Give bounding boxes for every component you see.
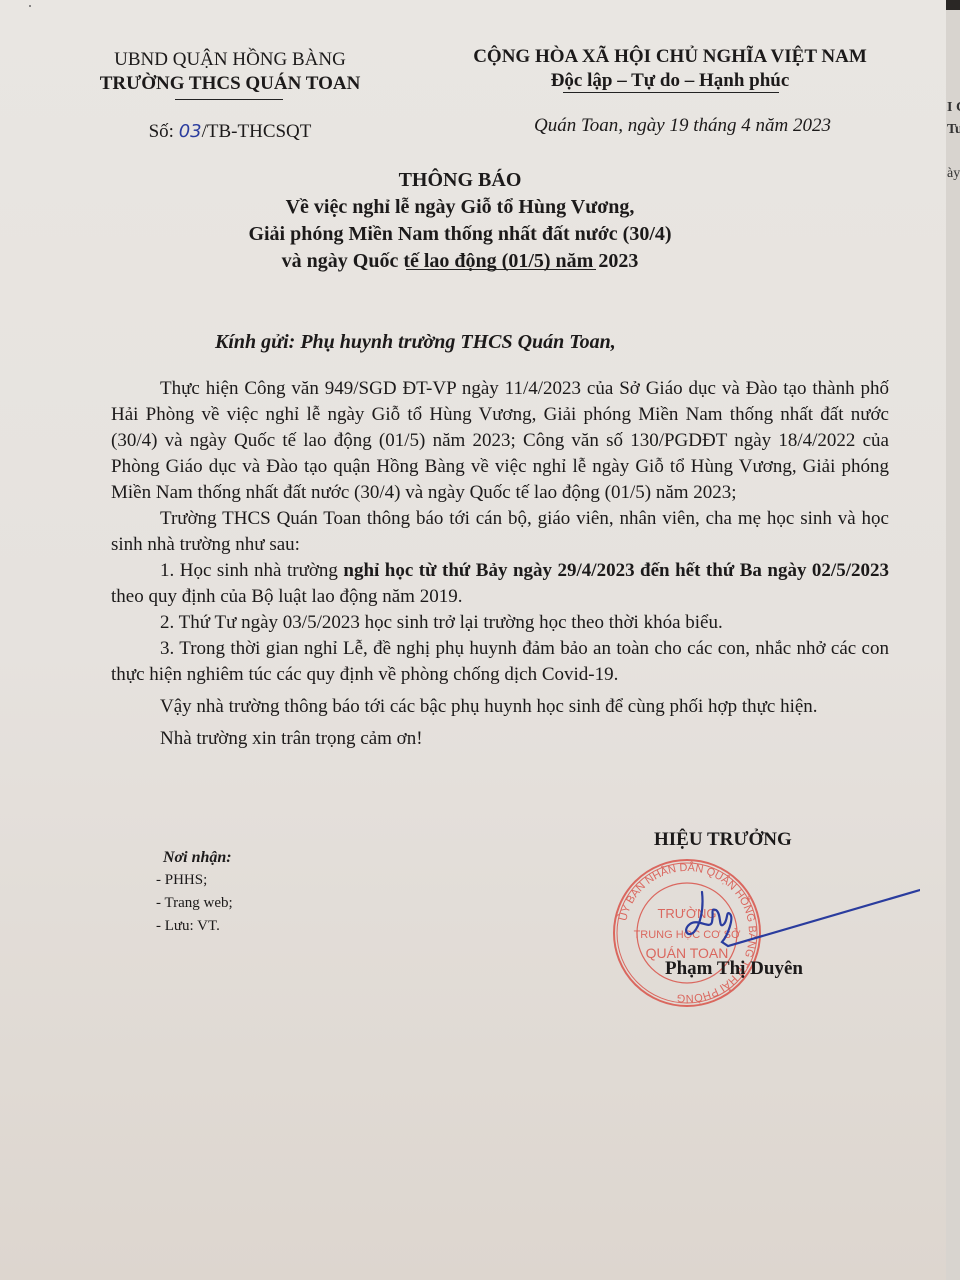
item1-suffix: theo quy định của Bộ luật lao động năm 2… <box>111 586 462 607</box>
recipients-block: Nơi nhận: - PHHS; - Trang web; - Lưu: VT… <box>156 846 233 938</box>
title-main: THÔNG BÁO <box>200 167 720 194</box>
adjacent-page-fragment: I C <box>947 100 960 116</box>
place-date: Quán Toan, ngày 19 tháng 4 năm 2023 <box>534 115 831 137</box>
number-suffix: /TB-THCSQT <box>202 121 312 142</box>
notice-title: THÔNG BÁO Về việc nghỉ lễ ngày Giỗ tổ Hù… <box>200 167 720 275</box>
issuer-line1: UBND QUẬN HỒNG BÀNG <box>80 48 380 72</box>
adjacent-page-edge <box>946 0 960 1280</box>
recipient-item: - Lưu: VT. <box>156 915 233 938</box>
notice-body: Thực hiện Công văn 949/SGD ĐT-VP ngày 11… <box>111 376 889 752</box>
number-handwritten: 03 <box>179 121 202 142</box>
item1-prefix: 1. Học sinh nhà trường <box>160 560 343 581</box>
issuing-organization: UBND QUẬN HỒNG BÀNG TRƯỜNG THCS QUÁN TOA… <box>80 48 380 96</box>
number-prefix: Số: <box>149 121 179 142</box>
adjacent-page-shadow <box>946 0 960 10</box>
adjacent-page-fragment: Tu <box>947 122 960 138</box>
paragraph-announcement: Trường THCS Quán Toan thông báo tới cán … <box>111 506 889 558</box>
issuer-underline <box>175 99 283 100</box>
issuer-line2: TRƯỜNG THCS QUÁN TOAN <box>80 72 380 96</box>
title-underline <box>406 269 596 270</box>
closing-2: Nhà trường xin trân trọng cảm ơn! <box>111 726 889 752</box>
item-3: 3. Trong thời gian nghỉ Lễ, đề nghị phụ … <box>111 636 889 688</box>
paragraph-references: Thực hiện Công văn 949/SGD ĐT-VP ngày 11… <box>111 376 889 506</box>
document-page: UBND QUẬN HỒNG BÀNG TRƯỜNG THCS QUÁN TOA… <box>0 0 946 1280</box>
recipient-item: - PHHS; <box>156 869 233 892</box>
document-number: Số: 03/TB-THCSQT <box>80 121 380 143</box>
paper-speck <box>29 5 31 7</box>
signer-title: HIỆU TRƯỞNG <box>654 829 792 851</box>
recipients-heading: Nơi nhận: <box>163 846 233 869</box>
greeting: Kính gửi: Phụ huynh trường THCS Quán Toa… <box>215 331 616 354</box>
item1-bold: nghỉ học từ thứ Bảy ngày 29/4/2023 đến h… <box>343 560 889 581</box>
item-1: 1. Học sinh nhà trường nghỉ học từ thứ B… <box>111 558 889 610</box>
signer-name: Phạm Thị Duyên <box>665 958 803 980</box>
recipient-item: - Trang web; <box>156 892 233 915</box>
handwritten-signature <box>680 880 920 1000</box>
national-line1: CỘNG HÒA XÃ HỘI CHỦ NGHĨA VIỆT NAM <box>455 45 885 69</box>
subtitle-line1: Về việc nghỉ lễ ngày Giỗ tổ Hùng Vương, <box>200 194 720 221</box>
closing-1: Vậy nhà trường thông báo tới các bậc phụ… <box>111 694 889 720</box>
national-header: CỘNG HÒA XÃ HỘI CHỦ NGHĨA VIỆT NAM Độc l… <box>455 45 885 93</box>
item-2: 2. Thứ Tư ngày 03/5/2023 học sinh trở lạ… <box>111 610 889 636</box>
subtitle-line3: và ngày Quốc tế lao động (01/5) năm 2023 <box>200 248 720 275</box>
national-line2: Độc lập – Tự do – Hạnh phúc <box>455 69 885 93</box>
national-underline <box>563 92 779 93</box>
subtitle-line2: Giải phóng Miền Nam thống nhất đất nước … <box>200 221 720 248</box>
adjacent-page-fragment: ày <box>947 166 960 182</box>
